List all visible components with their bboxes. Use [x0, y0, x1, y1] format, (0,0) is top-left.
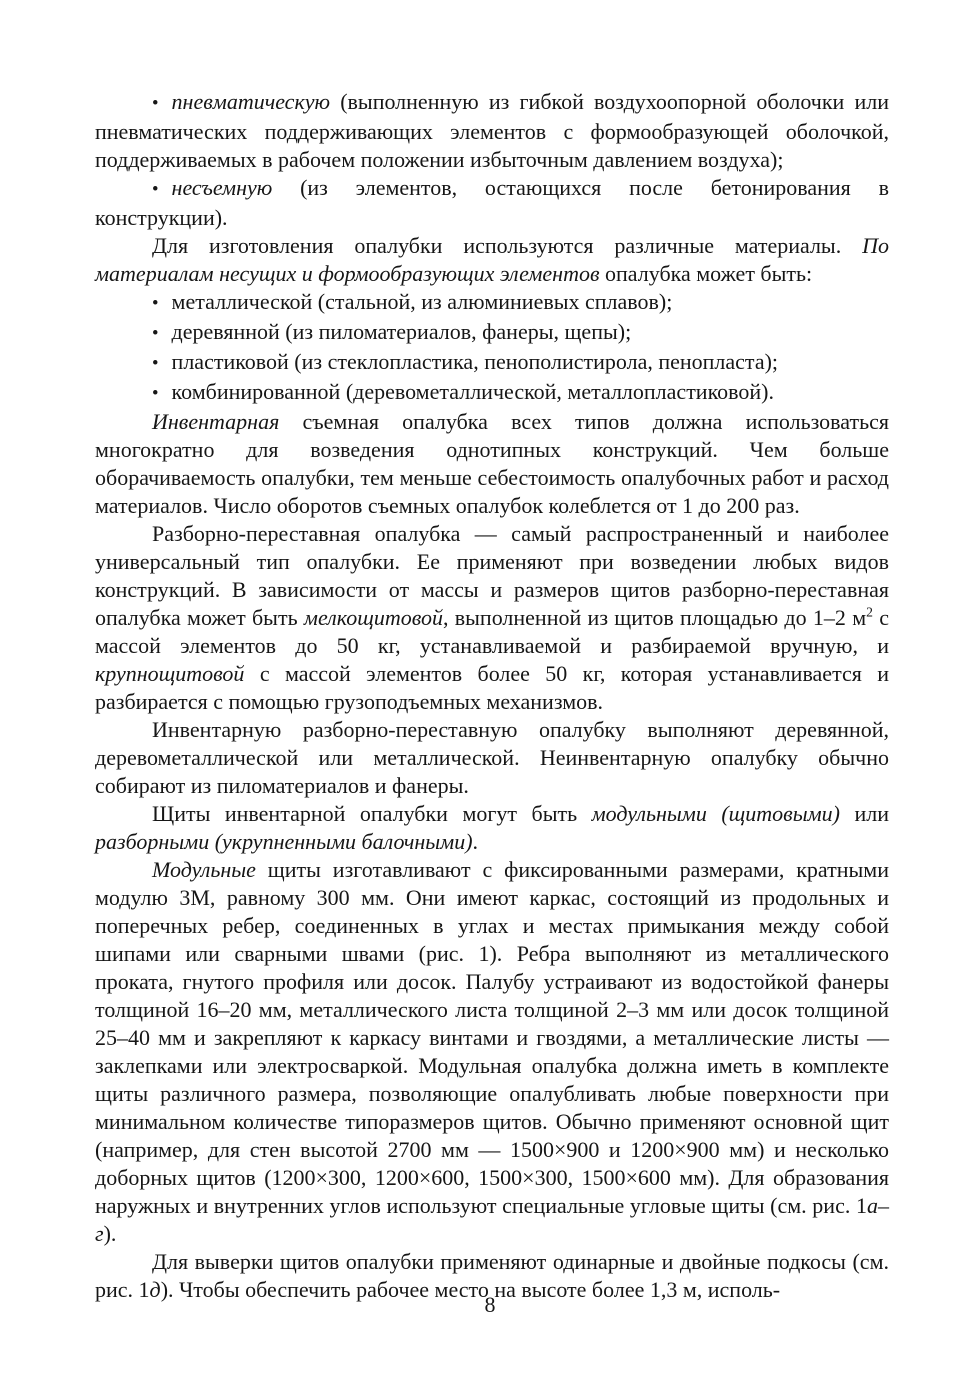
bullet-icon: • [152, 353, 172, 374]
text-run: . [473, 829, 479, 854]
italic-text-run: пневматическую [172, 89, 330, 114]
text-run: Инвентарную разборно-переставную опалубк… [95, 717, 889, 798]
text-run: деревянной (из пиломатериалов, фанеры, щ… [172, 319, 632, 344]
text-run: опалубка может быть: [600, 261, 813, 286]
paragraph: Инвентарная съемная опалубка всех типов … [95, 408, 889, 520]
text-run: пластиковой (из стеклопластика, пенополи… [172, 349, 778, 374]
bullet-item: •комбинированной (деревометаллической, м… [95, 378, 889, 408]
text-run: или [840, 801, 889, 826]
paragraph: Для изготовления опалубки используются р… [95, 232, 889, 288]
document-blocks: •пневматическую (выполненную из гибкой в… [95, 88, 889, 1304]
italic-text-run: Модульные [152, 857, 256, 882]
bullet-icon: • [152, 179, 172, 200]
bullet-icon: • [152, 383, 172, 404]
document-page: •пневматическую (выполненную из гибкой в… [0, 0, 980, 1386]
page-number: 8 [0, 1292, 980, 1318]
bullet-item: •металлической (стальной, из алюминиевых… [95, 288, 889, 318]
italic-text-run: мелкощитовой [304, 605, 443, 630]
paragraph: Инвентарную разборно-переставную опалубк… [95, 716, 889, 800]
bullet-icon: • [152, 323, 172, 344]
italic-text-run: разборными (укрупненными балочными) [95, 829, 473, 854]
italic-text-run: крупнощитовой [95, 661, 244, 686]
text-run: , выполненной из щитов площадью до 1–2 м [443, 605, 866, 630]
text-run: ). [104, 1221, 117, 1246]
bullet-item: •пневматическую (выполненную из гибкой в… [95, 88, 889, 174]
text-run: щиты изготавливают с фиксированными разм… [95, 857, 889, 1218]
paragraph: Разборно-переставная опалубка — самый ра… [95, 520, 889, 716]
superscript-text-run: 2 [866, 605, 873, 620]
bullet-icon: • [152, 293, 172, 314]
italic-text-run: Инвентарная [152, 409, 279, 434]
bullet-item: •несъемную (из элементов, остающихся пос… [95, 174, 889, 232]
text-run: Щиты инвентарной опалубки могут быть [152, 801, 592, 826]
paragraph: Щиты инвентарной опалубки могут быть мод… [95, 800, 889, 856]
bullet-icon: • [152, 93, 172, 114]
text-run: Для изготовления опалубки используются р… [152, 233, 862, 258]
italic-text-run: модульными (щитовыми) [592, 801, 840, 826]
text-run: металлической (стальной, из алюминиевых … [172, 289, 673, 314]
paragraph: Модульные щиты изготавливают с фиксирова… [95, 856, 889, 1248]
bullet-item: •деревянной (из пиломатериалов, фанеры, … [95, 318, 889, 348]
text-run: комбинированной (деревометаллической, ме… [172, 379, 774, 404]
italic-text-run: несъемную [172, 175, 273, 200]
bullet-item: •пластиковой (из стеклопластика, пенопол… [95, 348, 889, 378]
